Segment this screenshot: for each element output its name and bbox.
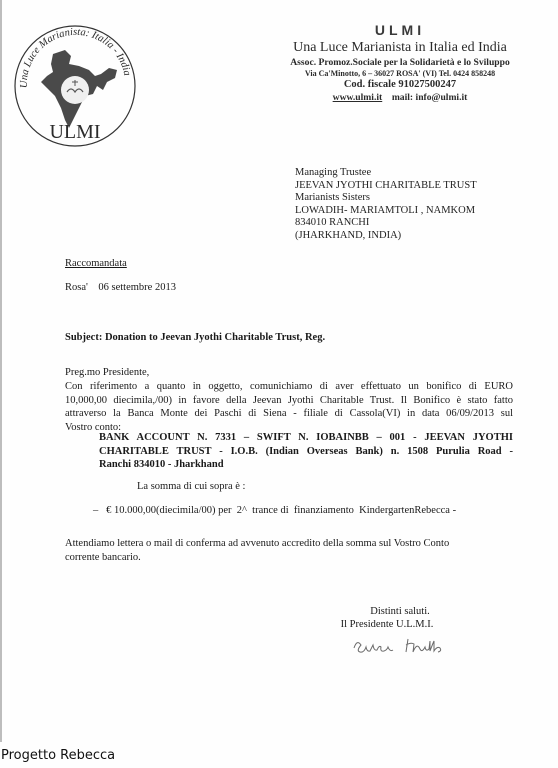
org-full-name: Una Luce Marianista in Italia ed India [252,40,548,56]
page-caption: Progetto Rebecca [1,748,115,763]
signatory: Il Presidente U.L.M.I. [319,618,455,631]
body-paragraph: Con riferimento a quanto in oggetto, com… [65,380,513,434]
closing-line: corrente bancario. [65,551,449,565]
recipient-line: 834010 RANCHI [295,217,477,230]
website-link[interactable]: www.ulmi.it [333,92,383,103]
paragraph-line: 10,000,00 diecimila,/00) in favore della… [65,394,513,408]
sum-intro: La somma di cui sopra è : [137,481,245,492]
letter-page: Una Luce Marianista: Italia - India ULMI… [0,0,558,768]
paragraph-line: Con riferimento a quanto in oggetto, com… [65,380,513,394]
place-date: Rosa' 06 settembre 2013 [65,282,176,293]
recipient-address: Managing Trustee JEEVAN JYOTHI CHARITABL… [295,167,477,243]
bank-line: Ranchi 834010 - Jharkhand [99,458,513,472]
bank-details: BANK ACCOUNT N. 7331 – SWIFT N. IOBAINBB… [99,431,513,472]
email-line: mail: info@ulmi.it [392,92,468,103]
handwritten-signature [350,634,450,656]
sum-item: – € 10.000,00(diecimila/00) per 2^ tranc… [93,505,456,516]
closing-line: Attendiamo lettera o mail di conferma ad… [65,537,449,551]
org-fiscal-code: Cod. fiscale 91027500247 [252,79,548,90]
paragraph-line: attraverso la Banca Monte dei Paschi di … [65,407,513,421]
closing-paragraph: Attendiamo lettera o mail di conferma ad… [65,537,449,564]
org-contacts: www.ulmi.it mail: info@ulmi.it [252,92,548,103]
recipient-line: Managing Trustee [295,167,477,180]
recipient-line: Marianists Sisters [295,192,477,205]
signature-icon [350,634,450,656]
salutation: Preg.mo Presidente, [65,367,149,378]
sign-off: Distinti saluti. Il Presidente U.L.M.I. [345,605,455,631]
bank-line: BANK ACCOUNT N. 7331 – SWIFT N. IOBAINBB… [99,431,513,445]
india-map-emblem-icon: Una Luce Marianista: Italia - India ULMI [13,24,137,148]
logo-acronym: ULMI [49,121,100,143]
recipient-line: LOWADIH- MARIAMTOLI , NAMKOM [295,205,477,218]
bank-line: CHARITABLE TRUST - I.O.B. (Indian Overse… [99,445,513,459]
regards: Distinti saluti. [345,605,455,618]
delivery-type: Raccomandata [65,258,127,269]
ulmi-logo: Una Luce Marianista: Italia - India ULMI [13,24,137,148]
recipient-line: (JHARKHAND, INDIA) [295,230,477,243]
recipient-line: JEEVAN JYOTHI CHARITABLE TRUST [295,180,477,193]
org-name: ULMI [252,22,548,38]
org-address: Via Ca'Minotto, 6 – 36027 ROSA' (VI) Tel… [240,69,558,78]
subject-line: Subject: Donation to Jeevan Jyothi Chari… [65,332,325,343]
scan-edge [0,0,2,742]
org-association: Assoc. Promoz.Sociale per la Solidarietà… [240,57,558,68]
